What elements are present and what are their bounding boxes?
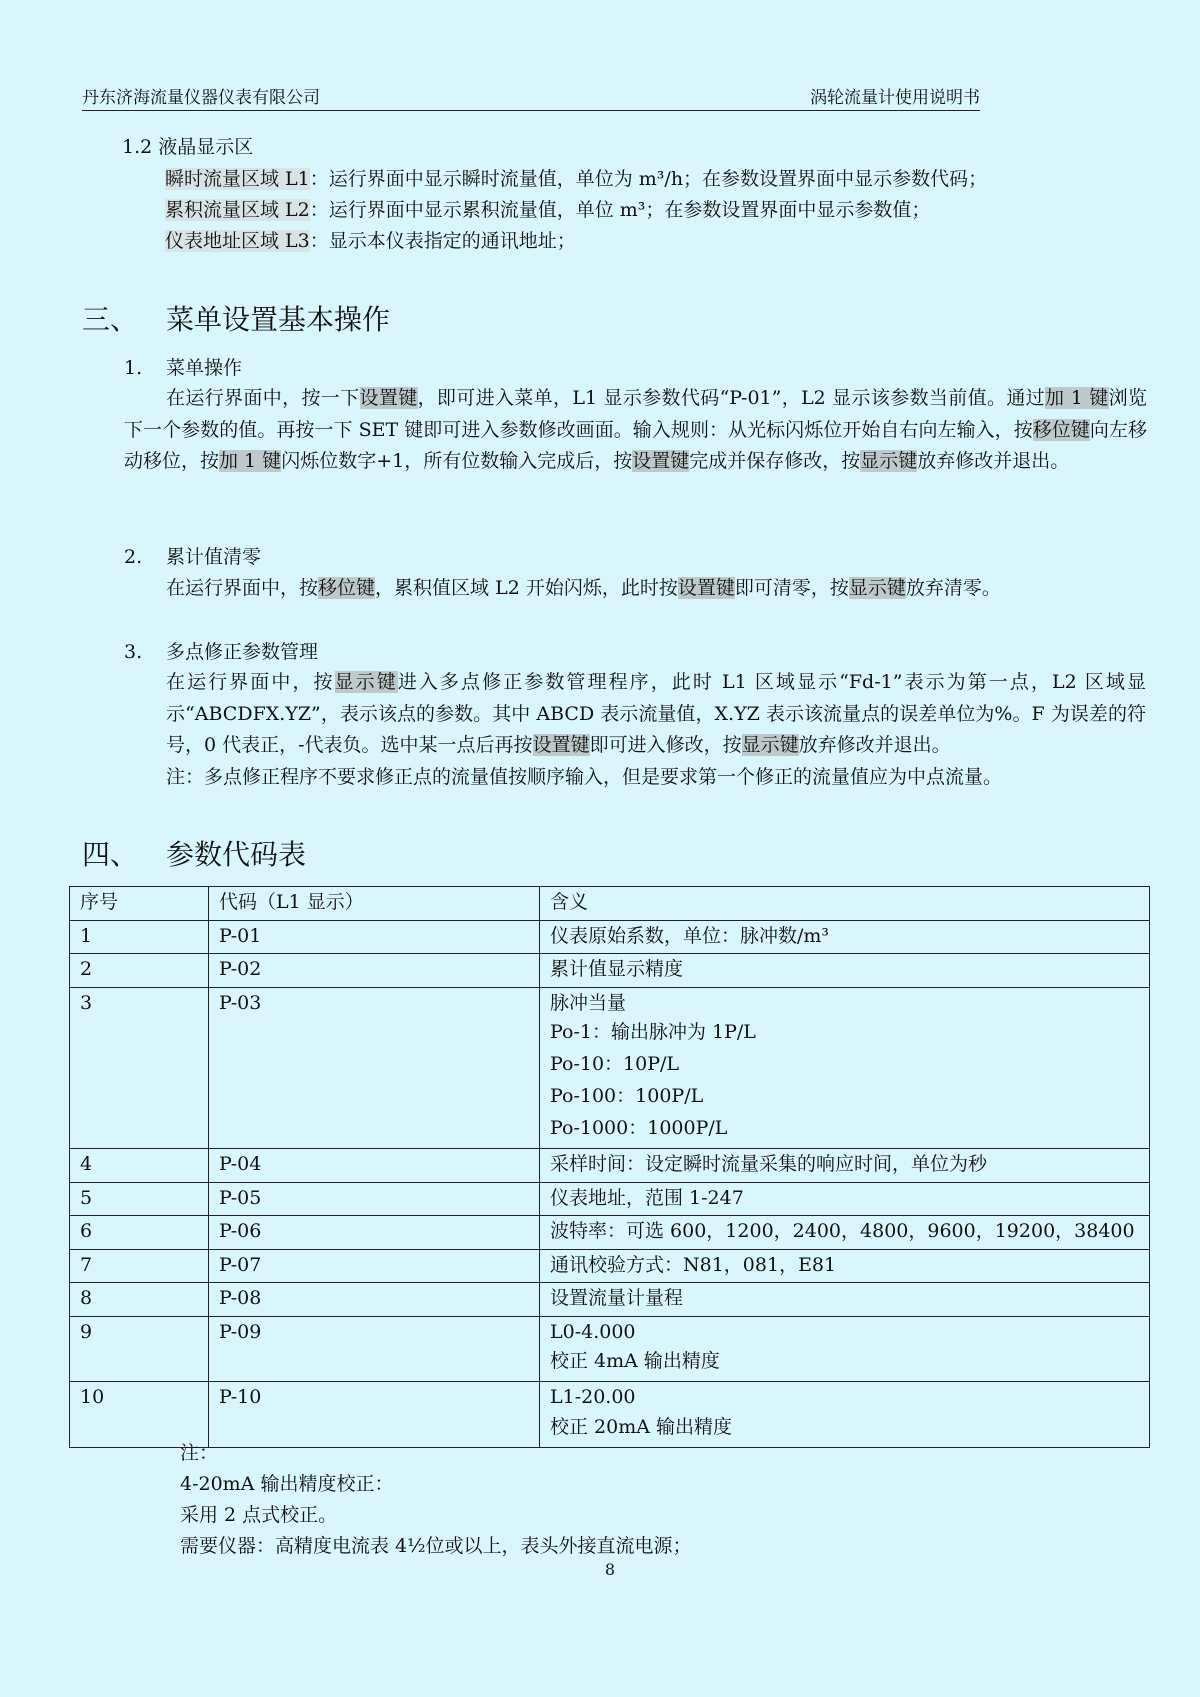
table-row: 7P-07通讯校验方式：N81，081，E81 <box>70 1249 1150 1283</box>
paragraph-menu-operation: 在运行界面中，按一下设置键，即可进入菜单，L1 显示参数代码“P-01”，L2 … <box>124 383 1147 478</box>
meaning-line: 设置流量计量程 <box>550 1286 1139 1312</box>
subsection-title: 累计值清零 <box>166 546 261 568</box>
note-line: 采用 2 点式校正。 <box>180 1500 692 1531</box>
section-title: 菜单设置基本操作 <box>166 303 390 336</box>
lcd-item-l2: 累积流量区域 L2：运行界面中显示累积流量值，单位 m³；在参数设置界面中显示参… <box>165 198 930 222</box>
key-name-highlight: 设置键 <box>533 734 590 756</box>
table-row: 2P-02累计值显示精度 <box>70 954 1150 988</box>
text-segment: 即可进入修改，按 <box>590 734 742 756</box>
cell-code: P-05 <box>209 1182 540 1216</box>
meaning-line: 采样时间：设定瞬时流量采集的响应时间，单位为秒 <box>550 1152 1139 1178</box>
document-title: 涡轮流量计使用说明书 <box>810 86 980 110</box>
key-name-highlight: 加 1 键 <box>1045 387 1109 409</box>
cell-number: 4 <box>70 1149 209 1183</box>
table-row: 5P-05仪表地址，范围 1-247 <box>70 1182 1150 1216</box>
text-segment: 即可清零，按 <box>735 577 849 599</box>
multipoint-note: 注：多点修正程序不要求修正点的流量值按顺序输入，但是要求第一个修正的流量值应为中… <box>166 765 1002 789</box>
page-header: 丹东济海流量仪器仪表有限公司 涡轮流量计使用说明书 <box>82 86 980 111</box>
cell-meaning: 采样时间：设定瞬时流量采集的响应时间，单位为秒 <box>540 1149 1150 1183</box>
key-name-highlight: 显示键 <box>335 671 398 693</box>
cell-number: 6 <box>70 1216 209 1250</box>
subsection-number: 2. <box>124 545 166 569</box>
cell-code: P-04 <box>209 1149 540 1183</box>
cell-code: P-03 <box>209 987 540 1149</box>
subsection-title: 多点修正参数管理 <box>166 641 318 663</box>
text-segment: 闪烁位数字+1，所有位数输入完成后，按 <box>281 450 632 472</box>
cell-code: P-02 <box>209 954 540 988</box>
key-name-highlight: 加 1 键 <box>219 450 281 472</box>
subsection-title: 菜单操作 <box>166 357 242 379</box>
cell-meaning: 波特率：可选 600，1200，2400，4800，9600，19200，384… <box>540 1216 1150 1250</box>
table-row: 6P-06波特率：可选 600，1200，2400，4800，9600，1920… <box>70 1216 1150 1250</box>
cell-meaning: 脉冲当量Po-1：输出脉冲为 1P/LPo-10：10P/LPo-100：100… <box>540 987 1150 1149</box>
subsection-heading: 2.累计值清零 <box>124 545 261 569</box>
cell-number: 7 <box>70 1249 209 1283</box>
lcd-item-text: ：运行界面中显示累积流量值，单位 m³；在参数设置界面中显示参数值； <box>310 199 931 221</box>
lcd-item-label: 累积流量区域 L2 <box>165 199 310 221</box>
meaning-line: 累计值显示精度 <box>550 957 1139 983</box>
cell-number: 9 <box>70 1316 209 1382</box>
key-name-highlight: 显示键 <box>860 450 917 472</box>
section-4-heading: 四、参数代码表 <box>82 838 306 872</box>
parameter-code-table: 序号 代码（L1 显示） 含义 1P-01仪表原始系数，单位：脉冲数/m³2P-… <box>69 886 1150 1448</box>
table-row: 1P-01仪表原始系数，单位：脉冲数/m³ <box>70 920 1150 954</box>
lcd-section-title: 1.2 液晶显示区 <box>122 135 253 159</box>
meaning-line: L0-4.000 <box>550 1320 1139 1346</box>
note-line: 注： <box>180 1438 692 1469</box>
meaning-line: Po-100：100P/L <box>550 1080 1139 1112</box>
calibration-notes: 注： 4-20mA 输出精度校正： 采用 2 点式校正。 需要仪器：高精度电流表… <box>180 1438 692 1562</box>
text-segment: 放弃修改并退出。 <box>917 450 1069 472</box>
cell-number: 5 <box>70 1182 209 1216</box>
meaning-line: Po-10：10P/L <box>550 1048 1139 1080</box>
lcd-item-label: 仪表地址区域 L3 <box>165 230 310 252</box>
lcd-item-l3: 仪表地址区域 L3：显示本仪表指定的通讯地址； <box>165 229 576 253</box>
cell-meaning: 通讯校验方式：N81，081，E81 <box>540 1249 1150 1283</box>
table-header-row: 序号 代码（L1 显示） 含义 <box>70 887 1150 921</box>
table-row: 3P-03脉冲当量Po-1：输出脉冲为 1P/LPo-10：10P/LPo-10… <box>70 987 1150 1149</box>
meaning-line: 波特率：可选 600，1200，2400，4800，9600，19200，384… <box>550 1219 1139 1245</box>
key-name-highlight: 设置键 <box>360 387 418 409</box>
meaning-line: Po-1：输出脉冲为 1P/L <box>550 1016 1139 1048</box>
lcd-item-label: 瞬时流量区域 L1 <box>165 168 310 190</box>
cell-code: P-08 <box>209 1283 540 1317</box>
table-row: 4P-04采样时间：设定瞬时流量采集的响应时间，单位为秒 <box>70 1149 1150 1183</box>
key-name-highlight: 移位键 <box>1033 419 1090 441</box>
lcd-item-l1: 瞬时流量区域 L1：运行界面中显示瞬时流量值，单位为 m³/h；在参数设置界面中… <box>165 167 987 191</box>
cell-number: 1 <box>70 920 209 954</box>
cell-meaning: 仪表地址，范围 1-247 <box>540 1182 1150 1216</box>
text-segment: 完成并保存修改，按 <box>689 450 860 472</box>
note-line: 需要仪器：高精度电流表 4½位或以上，表头外接直流电源； <box>180 1531 692 1562</box>
column-header: 序号 <box>70 887 209 921</box>
company-name: 丹东济海流量仪器仪表有限公司 <box>82 86 320 110</box>
meaning-line: 通讯校验方式：N81，081，E81 <box>550 1253 1139 1279</box>
lcd-item-text: ：显示本仪表指定的通讯地址； <box>310 230 576 252</box>
text-segment: 放弃修改并退出。 <box>799 734 951 756</box>
cell-code: P-09 <box>209 1316 540 1382</box>
section-title: 参数代码表 <box>166 838 306 871</box>
cell-code: P-06 <box>209 1216 540 1250</box>
paragraph-reset-total: 在运行界面中，按移位键，累积值区域 L2 开始闪烁，此时按设置键即可清零，按显示… <box>124 573 1147 605</box>
cell-meaning: 仪表原始系数，单位：脉冲数/m³ <box>540 920 1150 954</box>
column-header: 代码（L1 显示） <box>209 887 540 921</box>
table-row: 8P-08设置流量计量程 <box>70 1283 1150 1317</box>
cell-number: 2 <box>70 954 209 988</box>
text-segment: 在运行界面中，按 <box>166 577 318 599</box>
text-segment: ，即可进入菜单，L1 显示参数代码“P-01”，L2 显示该参数当前值。通过 <box>418 387 1045 409</box>
subsection-heading: 3.多点修正参数管理 <box>124 640 318 664</box>
text-segment: 放弃清零。 <box>906 577 1001 599</box>
meaning-line: 仪表原始系数，单位：脉冲数/m³ <box>550 924 1139 950</box>
section-number: 四、 <box>82 838 166 872</box>
subsection-number: 3. <box>124 640 166 664</box>
text-segment: ，累积值区域 L2 开始闪烁，此时按 <box>375 577 678 599</box>
text-segment: 在运行界面中，按一下 <box>166 387 360 409</box>
column-header: 含义 <box>540 887 1150 921</box>
cell-meaning: 累计值显示精度 <box>540 954 1150 988</box>
key-name-highlight: 移位键 <box>318 577 375 599</box>
note-line: 4-20mA 输出精度校正： <box>180 1469 692 1500</box>
subsection-number: 1. <box>124 356 166 380</box>
cell-code: P-01 <box>209 920 540 954</box>
section-number: 三、 <box>82 303 166 337</box>
cell-code: P-07 <box>209 1249 540 1283</box>
cell-number: 8 <box>70 1283 209 1317</box>
lcd-item-text: ：运行界面中显示瞬时流量值，单位为 m³/h；在参数设置界面中显示参数代码； <box>310 168 987 190</box>
table-row: 9P-09L0-4.000校正 4mA 输出精度 <box>70 1316 1150 1382</box>
key-name-highlight: 显示键 <box>849 577 906 599</box>
meaning-line: 脉冲当量 <box>550 991 1139 1017</box>
meaning-line: 仪表地址，范围 1-247 <box>550 1186 1139 1212</box>
key-name-highlight: 显示键 <box>742 734 799 756</box>
subsection-heading: 1.菜单操作 <box>124 356 242 380</box>
meaning-line: Po-1000：1000P/L <box>550 1112 1139 1144</box>
key-name-highlight: 设置键 <box>632 450 689 472</box>
key-name-highlight: 设置键 <box>678 577 735 599</box>
paragraph-multipoint-correction: 在运行界面中，按显示键进入多点修正参数管理程序，此时 L1 区域显示“Fd-1”… <box>166 667 1146 762</box>
text-segment: 在运行界面中，按 <box>166 671 335 693</box>
section-3-heading: 三、菜单设置基本操作 <box>82 303 390 337</box>
meaning-line: L1-20.00 <box>550 1385 1139 1411</box>
cell-number: 3 <box>70 987 209 1149</box>
meaning-line: 校正 4mA 输出精度 <box>550 1345 1139 1377</box>
cell-meaning: L0-4.000校正 4mA 输出精度 <box>540 1316 1150 1382</box>
page-number: 8 <box>590 1560 630 1579</box>
cell-meaning: 设置流量计量程 <box>540 1283 1150 1317</box>
